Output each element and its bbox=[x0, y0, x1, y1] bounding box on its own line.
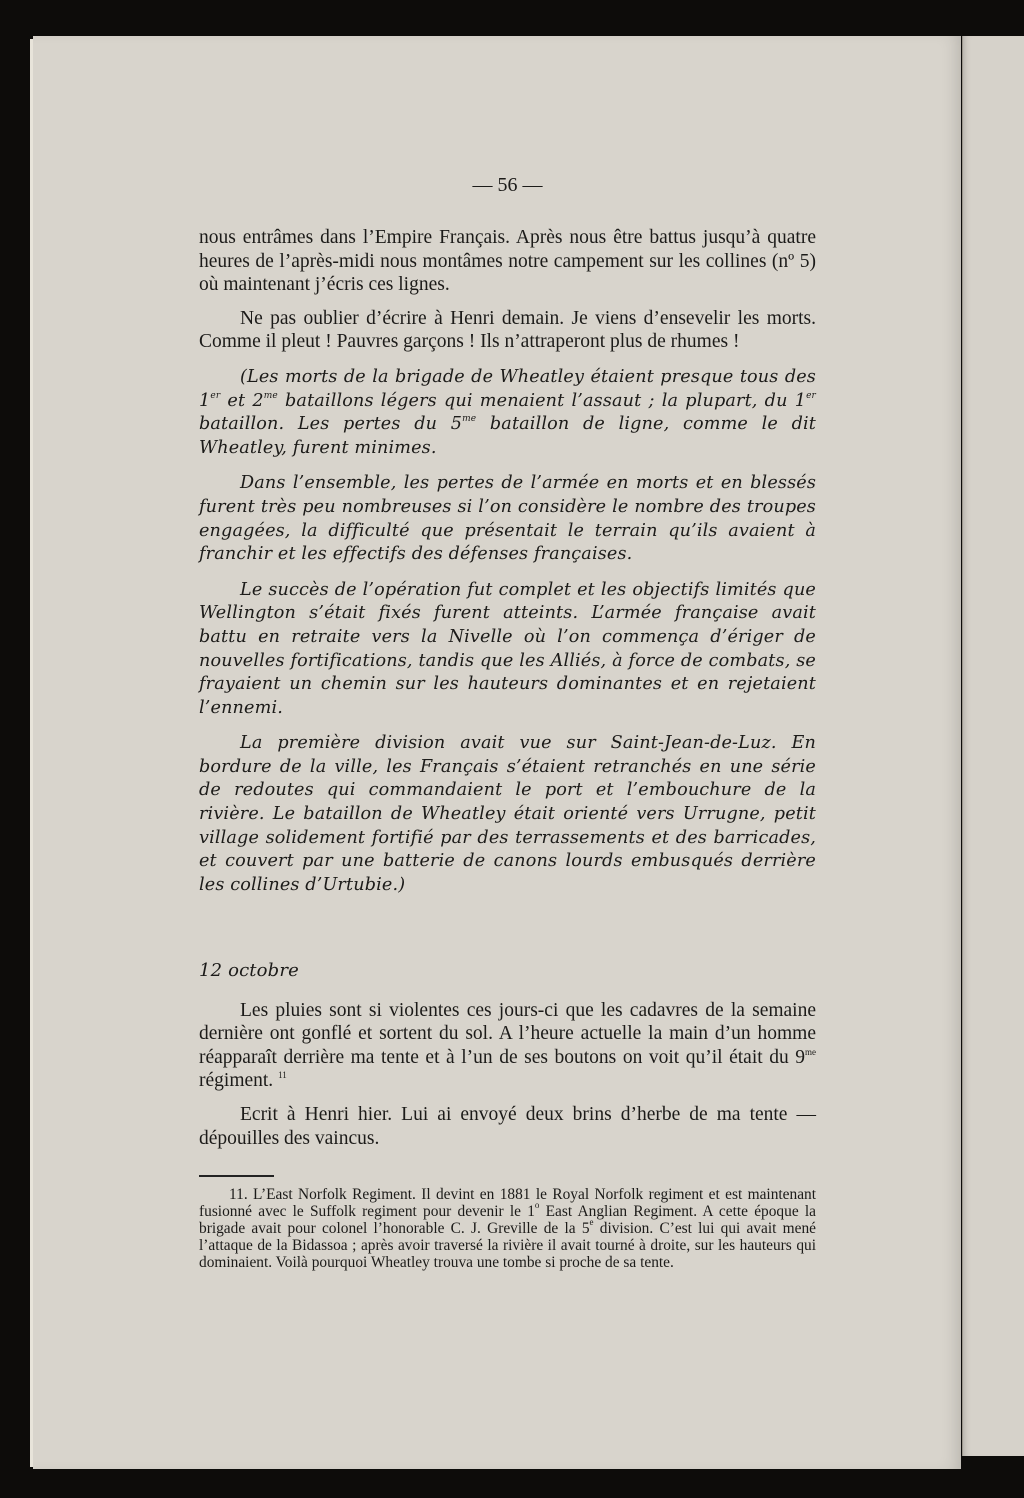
entry-paragraph-2: Ecrit à Henri hier. Lui ai envoyé deux b… bbox=[199, 1103, 816, 1150]
paragraph-1: nous entrâmes dans l’Empire Français. Ap… bbox=[199, 226, 816, 297]
date-heading: 12 octobre bbox=[199, 959, 816, 983]
footnote-divider bbox=[199, 1175, 274, 1177]
editorial-note-paragraph-3: Le succès de l’opération fut complet et … bbox=[199, 579, 816, 721]
entry-paragraph-1: Les pluies sont si violentes ces jours-c… bbox=[199, 999, 816, 1093]
editorial-note-paragraph-1: (Les morts de la brigade de Wheatley éta… bbox=[199, 366, 816, 460]
editorial-note-paragraph-4: La première division avait vue sur Saint… bbox=[199, 732, 816, 897]
facing-page-edge bbox=[962, 36, 1024, 1456]
footnote-11: 11. L’East Norfolk Regiment. Il devint e… bbox=[199, 1187, 816, 1272]
paragraph-2: Ne pas oublier d’écrire à Henri demain. … bbox=[199, 307, 816, 354]
diary-text: nous entrâmes dans l’Empire Français. Ap… bbox=[199, 226, 816, 897]
footnote-section: 11. L’East Norfolk Regiment. Il devint e… bbox=[199, 1187, 816, 1272]
footnote-reference: 11 bbox=[278, 1070, 287, 1080]
page-number: — 56 — bbox=[199, 174, 816, 197]
entry-section: 12 octobre Les pluies sont si violentes … bbox=[199, 959, 816, 1150]
editorial-note-paragraph-2: Dans l’ensemble, les pertes de l’armée e… bbox=[199, 472, 816, 566]
